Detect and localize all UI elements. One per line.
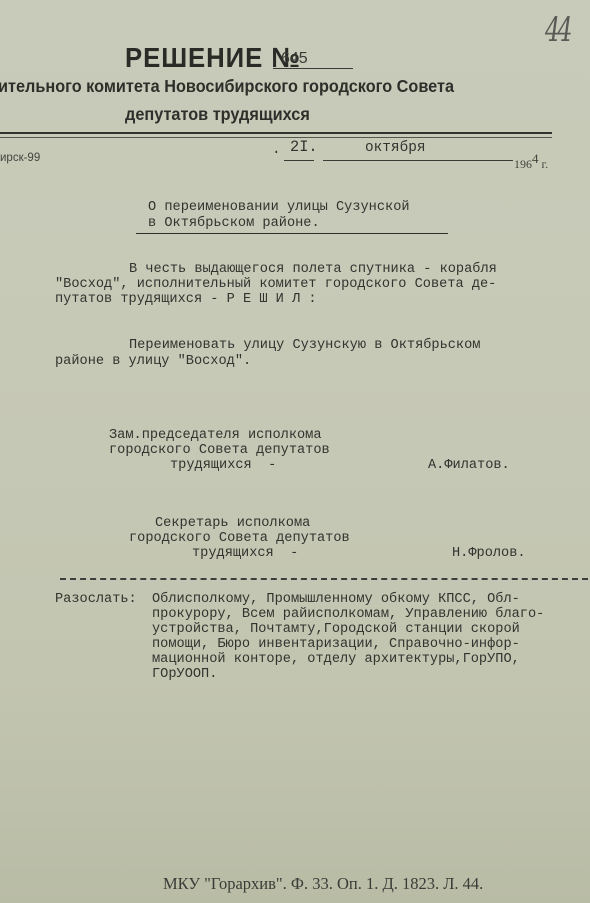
signature-1-title-line-3: трудящихся - [170,458,276,474]
signature-2-name: Н.Фролов. [452,546,526,562]
issuer-line-2: депутатов трудящихся [125,104,310,125]
date-year: 1964 г. [514,151,548,172]
archival-document-page: 44 РЕШЕНИЕ № 645 ительного комитета Ново… [0,0,590,903]
subject-underline [136,233,448,234]
date-month-line [323,160,513,161]
subject-line-2: в Октябрьском районе. [148,216,320,232]
print-code: ирск-99 [0,152,40,164]
issuer-line-1: ительного комитета Новосибирского городс… [0,76,454,97]
date-year-g: г. [542,157,549,171]
date-year-suffix: 4 [532,151,539,166]
handwritten-sheet-number: 44 [545,10,570,50]
preamble-line-3: путатов трудящихся - Р Е Ш И Л : [55,292,317,308]
header-rule-thin [0,137,552,138]
signature-2-title-line-3: трудящихся - [192,546,298,562]
distribution-label: Разослать: [55,592,137,608]
archive-citation: МКУ "Горархив". Ф. 33. Оп. 1. Д. 1823. Л… [163,874,483,894]
date-month: октября [365,140,425,156]
resolution-line-1: Переименовать улицу Сузунскую в Октябрьс… [129,338,480,354]
header-rule [0,132,552,134]
distribution-line-6: ГОрУООП. [152,667,217,683]
date-day: 2I. [290,140,318,156]
decision-number: 645 [273,50,353,69]
subject-line-1: О переименовании улицы Сузунской [148,200,410,216]
date-day-line [284,160,314,161]
signature-1-name: А.Филатов. [428,458,510,474]
resolution-line-2: районе в улицу "Восход". [55,354,251,370]
date-dot: . [272,142,281,158]
date-year-prefix: 196 [514,157,532,171]
dashed-separator [60,578,588,580]
